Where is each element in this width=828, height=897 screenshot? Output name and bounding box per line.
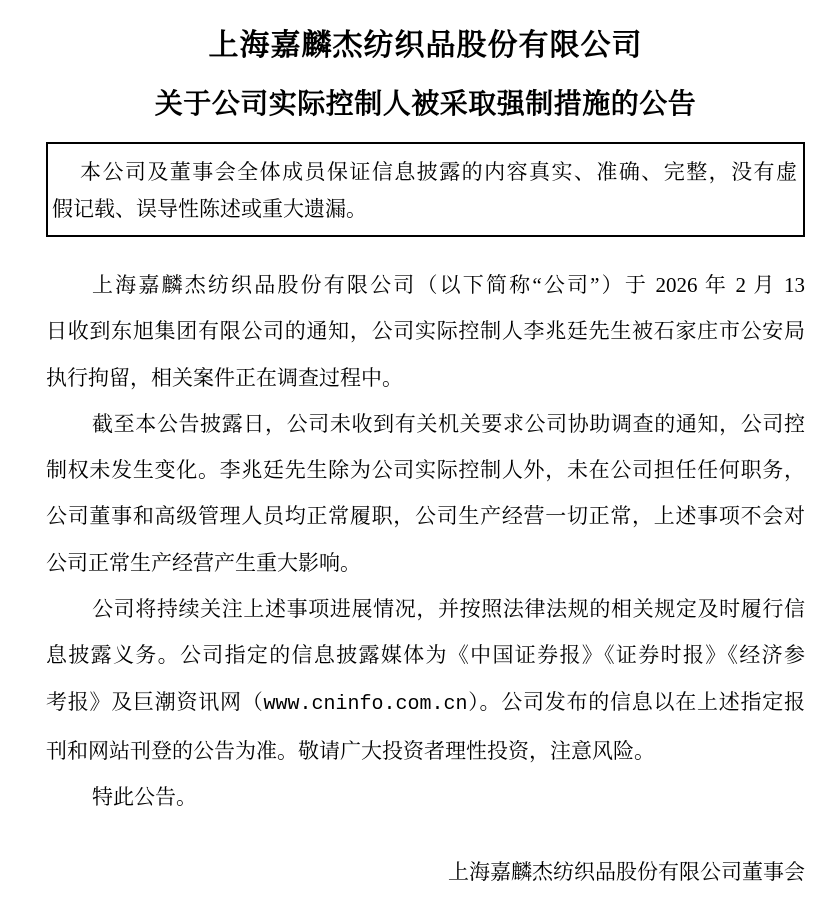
text-line: 截至本公告披露日，公司未收到有关机关要求公司协助调查的通知，公司控 [46,401,805,447]
statement-line: 本公司及董事会全体成员保证信息披露的内容真实、准确、完整，没有虚 [52,154,797,191]
paragraph: 截至本公告披露日，公司未收到有关机关要求公司协助调查的通知，公司控制权未发生变化… [46,401,805,586]
document-column: 上海嘉麟杰纺织品股份有限公司 关于公司实际控制人被采取强制措施的公告 本公司及董… [46,25,805,895]
text-line: 日收到东旭集团有限公司的通知，公司实际控制人李兆廷先生被石家庄市公安局 [46,308,805,354]
text-line: 公司将持续关注上述事项进展情况，并按照法律法规的相关规定及时履行信 [46,586,805,632]
announcement-title: 关于公司实际控制人被采取强制措施的公告 [46,84,805,124]
text-line: 上海嘉麟杰纺织品股份有限公司（以下简称“公司”）于 2026 年 2 月 13 [46,262,805,308]
website-url-text: www.cninfo.com.cn [263,693,467,716]
text-line: 息披露义务。公司指定的信息披露媒体为《中国证券报》《证券时报》《经济参 [46,632,805,678]
paragraph: 公司将持续关注上述事项进展情况，并按照法律法规的相关规定及时履行信息披露义务。公… [46,586,805,774]
company-name-title: 上海嘉麟杰纺织品股份有限公司 [46,25,805,67]
disclosure-statement-box: 本公司及董事会全体成员保证信息披露的内容真实、准确、完整，没有虚假记载、误导性陈… [46,142,805,237]
statement-line: 假记载、误导性陈述或重大遗漏。 [52,191,797,228]
text-line: 制权未发生变化。李兆廷先生除为公司实际控制人外，未在公司担任任何职务， [46,447,805,493]
text-line: 公司董事和高级管理人员均正常履职，公司生产经营一切正常，上述事项不会对 [46,493,805,539]
text-line: 考报》及巨潮资讯网（www.cninfo.com.cn）。公司发布的信息以在上述… [46,679,805,728]
announcement-document: 上海嘉麟杰纺织品股份有限公司 关于公司实际控制人被采取强制措施的公告 本公司及董… [0,0,828,897]
text-line: 刊和网站刊登的公告为准。敬请广大投资者理性投资，注意风险。 [46,728,805,774]
closing-line: 特此公告。 [46,774,805,820]
text-line: 公司正常生产经营产生重大影响。 [46,540,805,586]
text-line: 执行拘留，相关案件正在调查过程中。 [46,355,805,401]
announcement-body: 上海嘉麟杰纺织品股份有限公司（以下简称“公司”）于 2026 年 2 月 13日… [46,262,805,774]
paragraph: 上海嘉麟杰纺织品股份有限公司（以下简称“公司”）于 2026 年 2 月 13日… [46,262,805,401]
board-signature: 上海嘉麟杰纺织品股份有限公司董事会 [46,849,805,895]
